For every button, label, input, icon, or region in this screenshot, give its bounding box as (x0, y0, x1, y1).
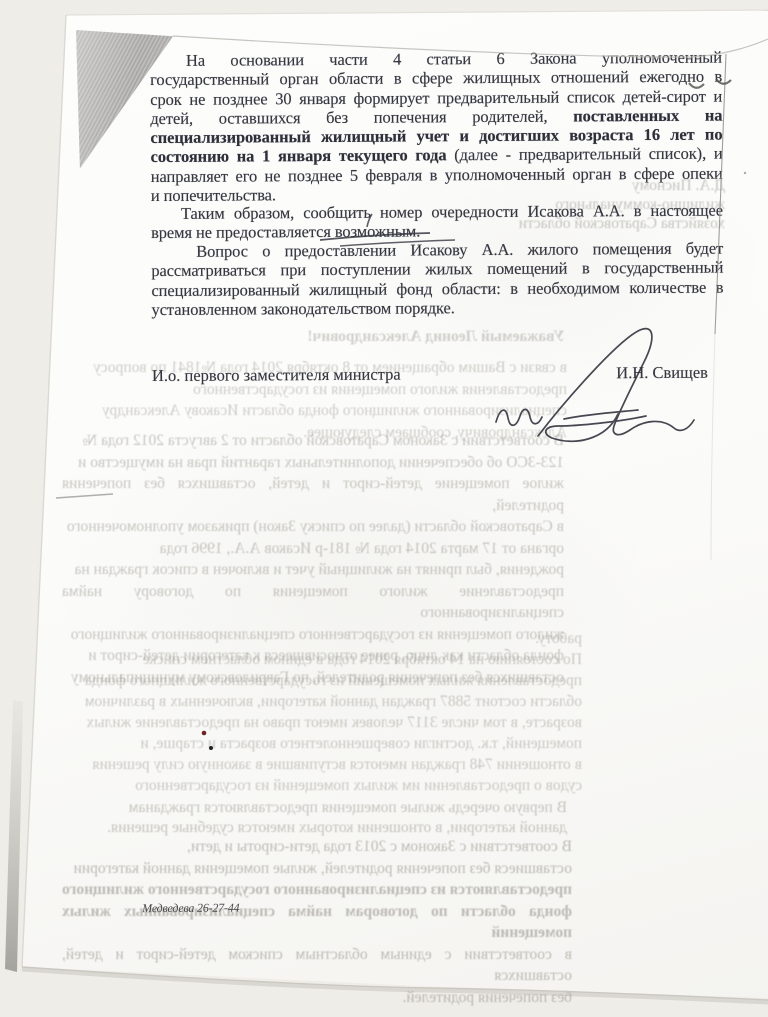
footer-contact: Медведева 26-27-44 (142, 901, 239, 917)
letter-body: На основании части 4 статьи 6 Закона упо… (0, 0, 768, 1017)
body-paragraph-housing-provision: Вопрос о предоставлении Исакову А.А. жил… (151, 239, 723, 320)
signer-title: И.о. первого заместителя министра (152, 365, 401, 387)
body-paragraph-legal-basis: На основании части 4 статьи 6 Закона упо… (150, 48, 723, 206)
scanned-letter: Д.А. Писномужилищно-коммунальногохозяйст… (0, 0, 768, 1017)
body-paragraph-queue-number: Таким образом, сообщить номер очередност… (151, 201, 723, 243)
signer-name: И.Н. Свищев (616, 363, 708, 384)
signature-block: И.о. первого заместителя министра И.Н. С… (152, 363, 708, 386)
